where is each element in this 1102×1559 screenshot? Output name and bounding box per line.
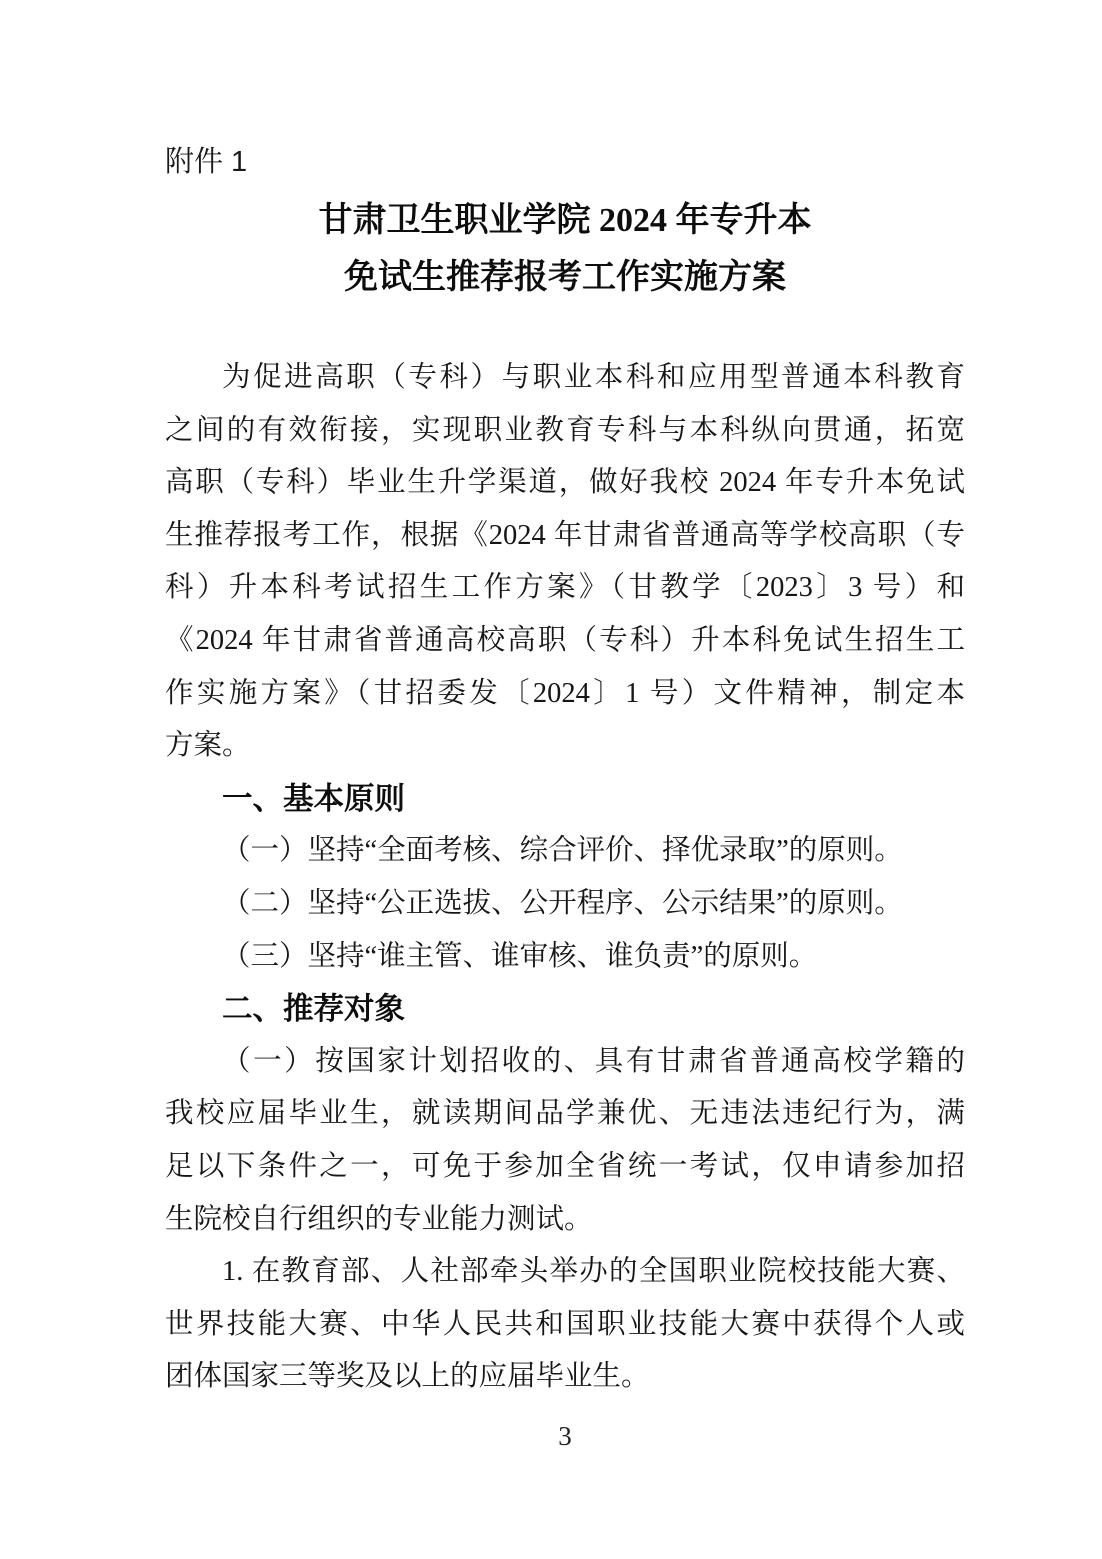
document-content: 附件 1 甘肃卫生职业学院 2024 年专升本 免试生推荐报考工作实施方案 为促…	[165, 140, 965, 1404]
target-para-line: 生院校自行组织的专业能力测试。	[165, 1194, 965, 1247]
intro-line: 之间的有效衔接，实现职业教育专科与本科纵向贯通，拓宽	[165, 405, 965, 458]
section-1-heading: 一、基本原则	[165, 773, 965, 826]
target-para-line: （一）按国家计划招收的、具有甘肃省普通高校学籍的	[165, 1036, 965, 1089]
page-number: 3	[165, 1418, 965, 1454]
document-title: 甘肃卫生职业学院 2024 年专升本 免试生推荐报考工作实施方案	[165, 192, 965, 306]
intro-line: 方案。	[165, 720, 965, 773]
principle-item: （二）坚持“公正选拔、公开程序、公示结果”的原则。	[165, 878, 965, 931]
principle-item: （一）坚持“全面考核、综合评价、择优录取”的原则。	[165, 825, 965, 878]
target-para-line: 我校应届毕业生，就读期间品学兼优、无违法违纪行为，满	[165, 1088, 965, 1141]
condition-1-line: 团体国家三等奖及以上的应届毕业生。	[165, 1351, 965, 1404]
intro-line: 科）升本科考试招生工作方案》（甘教学〔2023〕3 号）和	[165, 562, 965, 615]
target-para-line: 足以下条件之一，可免于参加全省统一考试，仅申请参加招	[165, 1141, 965, 1194]
title-line-2: 免试生推荐报考工作实施方案	[165, 249, 965, 306]
intro-line: 《2024 年甘肃省普通高校高职（专科）升本科免试生招生工	[165, 615, 965, 668]
document-page: 附件 1 甘肃卫生职业学院 2024 年专升本 免试生推荐报考工作实施方案 为促…	[0, 0, 1102, 1559]
principle-item: （三）坚持“谁主管、谁审核、谁负责”的原则。	[165, 931, 965, 984]
condition-1-line: 世界技能大赛、中华人民共和国职业技能大赛中获得个人或	[165, 1299, 965, 1352]
document-body: 为促进高职（专科）与职业本科和应用型普通本科教育 之间的有效衔接，实现职业教育专…	[165, 352, 965, 1404]
intro-line: 高职（专科）毕业生升学渠道，做好我校 2024 年专升本免试	[165, 457, 965, 510]
intro-line: 为促进高职（专科）与职业本科和应用型普通本科教育	[165, 352, 965, 405]
intro-line: 生推荐报考工作，根据《2024 年甘肃省普通高等学校高职（专	[165, 510, 965, 563]
condition-1-line: 1. 在教育部、人社部牵头举办的全国职业院校技能大赛、	[165, 1246, 965, 1299]
intro-line: 作实施方案》（甘招委发〔2024〕1 号）文件精神，制定本	[165, 668, 965, 721]
section-2-heading: 二、推荐对象	[165, 983, 965, 1036]
title-line-1: 甘肃卫生职业学院 2024 年专升本	[165, 192, 965, 249]
attachment-label: 附件 1	[165, 140, 965, 184]
